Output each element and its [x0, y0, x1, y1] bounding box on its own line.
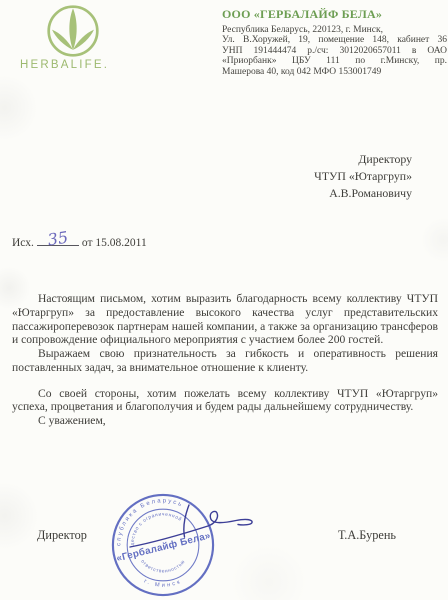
closing-line: С уважением, — [12, 414, 438, 428]
svg-text:г. Минск: г. Минск — [143, 578, 183, 588]
company-details-line: Ул. В.Хоружей, 19, помещение 148, кабине… — [222, 35, 447, 45]
signatory-name: Т.А.Бурень — [338, 528, 396, 543]
body-paragraph-3: Со своей стороны, хотим пожелать всему к… — [12, 387, 438, 415]
logo-wordmark: HERBALIFE. — [20, 59, 120, 71]
ref-number-handwritten: 35 — [46, 228, 69, 250]
body-paragraph-1: Настоящим письмом, хотим выразить благод… — [12, 292, 438, 347]
director-signature — [118, 497, 268, 559]
body-paragraph-2: Выражаем свою признательность за гибкост… — [12, 347, 438, 375]
herbalife-leaf-icon — [46, 4, 100, 58]
addressee-company: ЧТУП «Ютаргруп» — [314, 168, 412, 185]
addressee-person: А.В.Романовичу — [314, 185, 412, 202]
herbalife-logo: HERBALIFE. — [20, 4, 120, 71]
ref-date: от 15.08.2011 — [82, 237, 147, 249]
company-details-line: Машерова 40, код 042 МФО 153001749 — [222, 67, 447, 77]
company-details-line: Республика Беларусь, 220123, г. Минск, — [222, 25, 447, 35]
letter-page: HERBALIFE. ООО «ГЕРБАЛАЙФ БЕЛА» Республи… — [0, 0, 448, 600]
stamp-legal-form-bottom-text: ответственностью — [139, 559, 186, 574]
company-details-line: «Приорбанк» ЦБУ 111 по г.Минску, пр. — [222, 56, 447, 66]
signatory-title: Директор — [37, 528, 87, 543]
reference-line: Исх.35от 15.08.2011 — [12, 231, 147, 251]
stamp-city-text: г. Минск — [143, 578, 183, 588]
letter-body: Настоящим письмом, хотим выразить благод… — [12, 292, 438, 428]
company-header: ООО «ГЕРБАЛАЙФ БЕЛА» Республика Беларусь… — [222, 7, 447, 77]
addressee-title: Директору — [314, 151, 412, 168]
ref-prefix: Исх. — [12, 237, 34, 249]
company-details: Республика Беларусь, 220123, г. Минск, У… — [222, 25, 447, 77]
ref-number-slot: 35 — [37, 231, 79, 246]
company-name: ООО «ГЕРБАЛАЙФ БЕЛА» — [222, 7, 447, 22]
addressee-block: Директору ЧТУП «Ютаргруп» А.В.Романовичу — [314, 151, 412, 202]
company-details-line: УНП 191444474 р./сч: 3012020657011 в ОАО — [222, 46, 447, 56]
svg-text:ответственностью: ответственностью — [139, 559, 186, 574]
